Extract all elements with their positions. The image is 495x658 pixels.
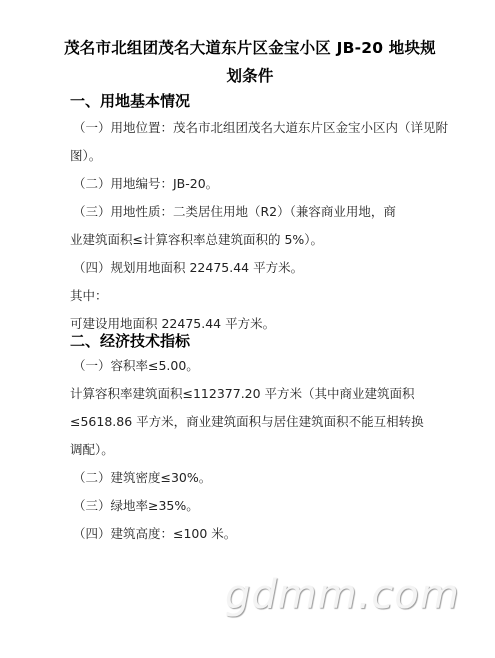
floor-area-line-cont: ≤5618.86 平方米，商业建筑面积与居住建筑面积不能互相转换 <box>70 412 424 430</box>
land-use-line: （三）用地性质：二类居住用地（R2）（兼容商业用地，商 <box>73 202 396 220</box>
planned-area-line: （四）规划用地面积 22475.44 平方米。 <box>73 258 303 276</box>
building-density-line: （二）建筑密度≤30%。 <box>73 468 211 486</box>
document-title-line-2: 划条件 <box>60 64 440 86</box>
section-heading-technical-indicators: 二、经济技术指标 <box>70 330 190 351</box>
floor-area-line: 计算容积率建筑面积≤112377.20 平方米（其中商业建筑面积 <box>70 384 415 402</box>
land-location-line: （一）用地位置：茂名市北组团茂名大道东片区金宝小区内（详见附 <box>73 118 448 136</box>
plot-ratio-line: （一）容积率≤5.00。 <box>73 356 199 374</box>
document-title-line-1: 茂名市北组团茂名大道东片区金宝小区 JB-20 地块规 <box>60 36 440 58</box>
document-page: 茂名市北组团茂名大道东片区金宝小区 JB-20 地块规 划条件 一、用地基本情况… <box>0 0 495 658</box>
green-ratio-line: （三）绿地率≥35%。 <box>73 496 199 514</box>
floor-area-line-cont-2: 调配）。 <box>70 440 114 458</box>
land-location-line-cont: 图）。 <box>70 146 101 164</box>
watermark-logo: gdmm.com <box>225 572 460 618</box>
land-number-line: （二）用地编号：JB-20。 <box>73 174 218 192</box>
building-height-line: （四）建筑高度：≤100 米。 <box>73 524 236 542</box>
section-heading-land-basics: 一、用地基本情况 <box>70 90 190 111</box>
land-use-line-cont: 业建筑面积≤计算容积率总建筑面积的 5%）。 <box>70 230 323 248</box>
of-which-label: 其中： <box>70 286 108 304</box>
